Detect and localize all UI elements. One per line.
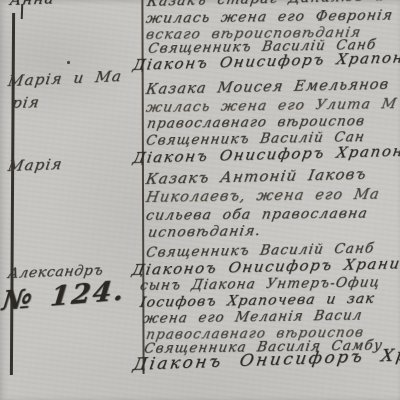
register-text-line: Казакъ Антоній Іаковъ	[145, 167, 368, 187]
ink-speck	[67, 61, 70, 64]
register-text-line: исповѣданія.	[147, 224, 262, 240]
margin-name-maria-twins-line2: рія	[11, 95, 41, 111]
margin-rule	[10, 13, 15, 375]
register-text-line: жилась жена его Февронія о	[145, 8, 400, 26]
register-page-scan: Анна Марія и Ма рія Марія Александръ № 1…	[0, 0, 400, 400]
register-text-line: сильева оба православна	[145, 207, 369, 223]
margin-name-top: Анна	[9, 0, 56, 8]
record-number: № 124.	[1, 277, 127, 314]
register-text-line: жилась жена его Улита М	[145, 97, 399, 115]
margin-name-maria: Марія	[7, 157, 64, 174]
margin-name-maria-twins-line1: Марія и Ма	[7, 69, 123, 89]
register-text-line: жена его Меланія Васил	[142, 310, 364, 327]
register-text-line: Казака Моисея Емельянов	[145, 78, 391, 98]
register-text-line: Николаевъ, жена его Ма	[145, 188, 381, 206]
